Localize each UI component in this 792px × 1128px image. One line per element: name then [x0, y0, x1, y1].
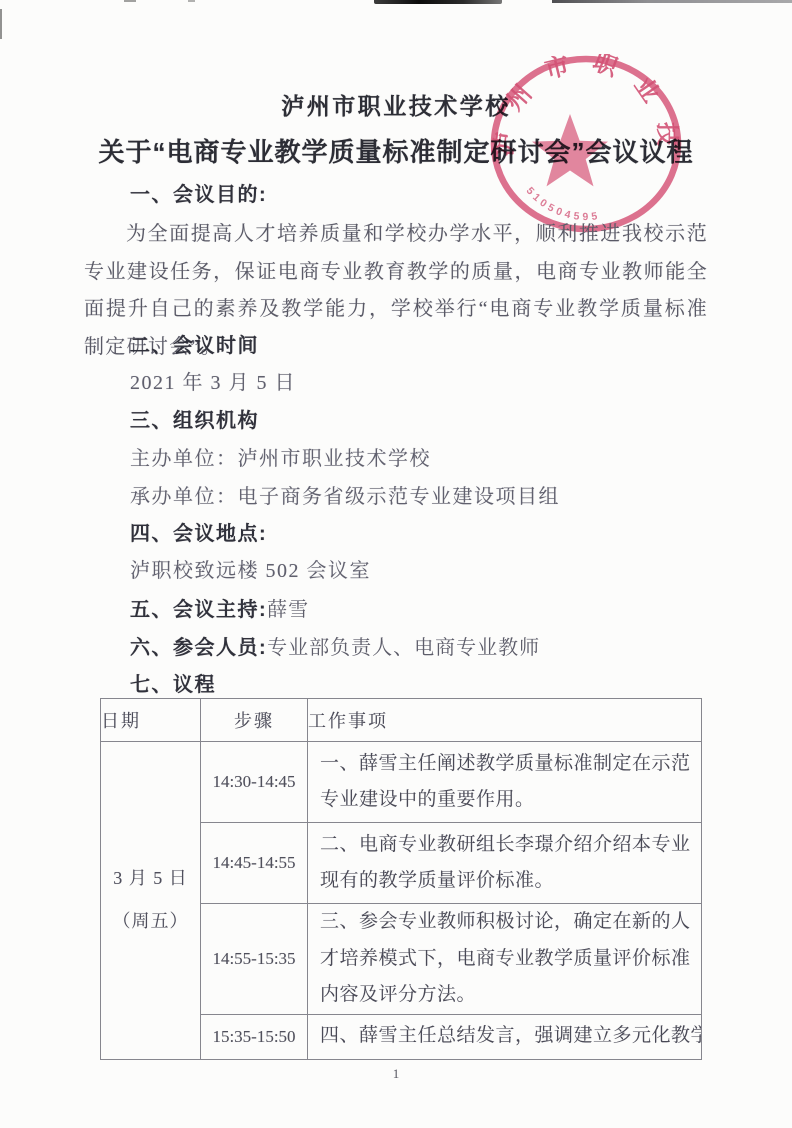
page-number: 1	[0, 1066, 792, 1082]
moderator-heading-label: 五、会议主持:	[130, 599, 267, 621]
scan-artifact	[188, 0, 195, 2]
agenda-date-line1: 3 月 5 日	[101, 857, 200, 900]
agenda-table: 日期 步骤 工作事项 3 月 5 日 （周五） 14:30-14:45 一、薛雪…	[100, 698, 702, 1060]
section-heading-time: 二、会议时间	[130, 332, 259, 360]
agenda-item: 四、薛雪主任总结发言，强调建立多元化教学	[308, 1018, 701, 1055]
section-heading-agenda: 七、议程	[130, 671, 216, 699]
section-heading-organization: 三、组织机构	[130, 407, 259, 435]
scanned-document-page: 泸州市职业技术学校 关于“电商专业教学质量标准制定研讨会”会议议程 泸州市职业技…	[0, 0, 792, 1128]
scan-artifact	[0, 9, 2, 39]
agenda-time: 14:30-14:45	[201, 742, 308, 823]
agenda-item-cell: 四、薛雪主任总结发言，强调建立多元化教学	[308, 1014, 702, 1059]
agenda-date-cell: 3 月 5 日 （周五）	[101, 742, 201, 1060]
section-heading-place: 四、会议地点:	[130, 520, 267, 548]
agenda-item-cell: 二、电商专业教研组长李璟介绍介绍本专业现有的教学质量评价标准。	[308, 823, 702, 904]
agenda-item-cell: 一、薛雪主任阐述教学质量标准制定在示范专业建设中的重要作用。	[308, 742, 702, 823]
agenda-time: 14:45-14:55	[201, 823, 308, 904]
star-icon	[532, 114, 608, 186]
host-unit-line: 主办单位：泸州市职业技术学校	[130, 445, 431, 473]
organizer-unit-line: 承办单位：电子商务省级示范专业建设项目组	[130, 483, 560, 511]
section-heading-attendees: 六、参会人员:专业部负责人、电商专业教师	[130, 634, 540, 662]
agenda-item: 二、电商专业教研组长李璟介绍介绍本专业现有的教学质量评价标准。	[308, 827, 701, 900]
official-seal-stamp: 泸州市职业技术学校 510504595	[487, 54, 685, 236]
agenda-date-line2: （周五）	[101, 900, 200, 943]
agenda-row: 3 月 5 日 （周五） 14:30-14:45 一、薛雪主任阐述教学质量标准制…	[101, 742, 702, 823]
moderator-name: 薛雪	[267, 599, 309, 621]
scan-artifact	[374, 0, 502, 4]
agenda-item-cell: 三、参会专业教师积极讨论，确定在新的人才培养模式下，电商专业教学质量评价标准内容…	[308, 904, 702, 1015]
agenda-header-row: 日期 步骤 工作事项	[101, 699, 702, 742]
attendees-heading-label: 六、参会人员:	[130, 637, 267, 659]
meeting-place-value: 泸职校致远楼 502 会议室	[130, 557, 371, 585]
column-header-date: 日期	[101, 699, 201, 742]
column-header-item: 工作事项	[308, 699, 702, 742]
agenda-item: 三、参会专业教师积极讨论，确定在新的人才培养模式下，电商专业教学质量评价标准内容…	[308, 904, 701, 1014]
agenda-time: 15:35-15:50	[201, 1014, 308, 1059]
column-header-step: 步骤	[201, 699, 308, 742]
agenda-time: 14:55-15:35	[201, 904, 308, 1015]
section-heading-purpose: 一、会议目的:	[130, 181, 267, 209]
scan-artifact	[552, 0, 792, 3]
scan-artifact	[124, 0, 136, 2]
section-heading-moderator: 五、会议主持:薛雪	[130, 596, 309, 624]
agenda-item: 一、薛雪主任阐述教学质量标准制定在示范专业建设中的重要作用。	[308, 746, 701, 819]
attendees-list: 专业部负责人、电商专业教师	[267, 637, 540, 659]
meeting-time-value: 2021 年 3 月 5 日	[130, 369, 296, 397]
